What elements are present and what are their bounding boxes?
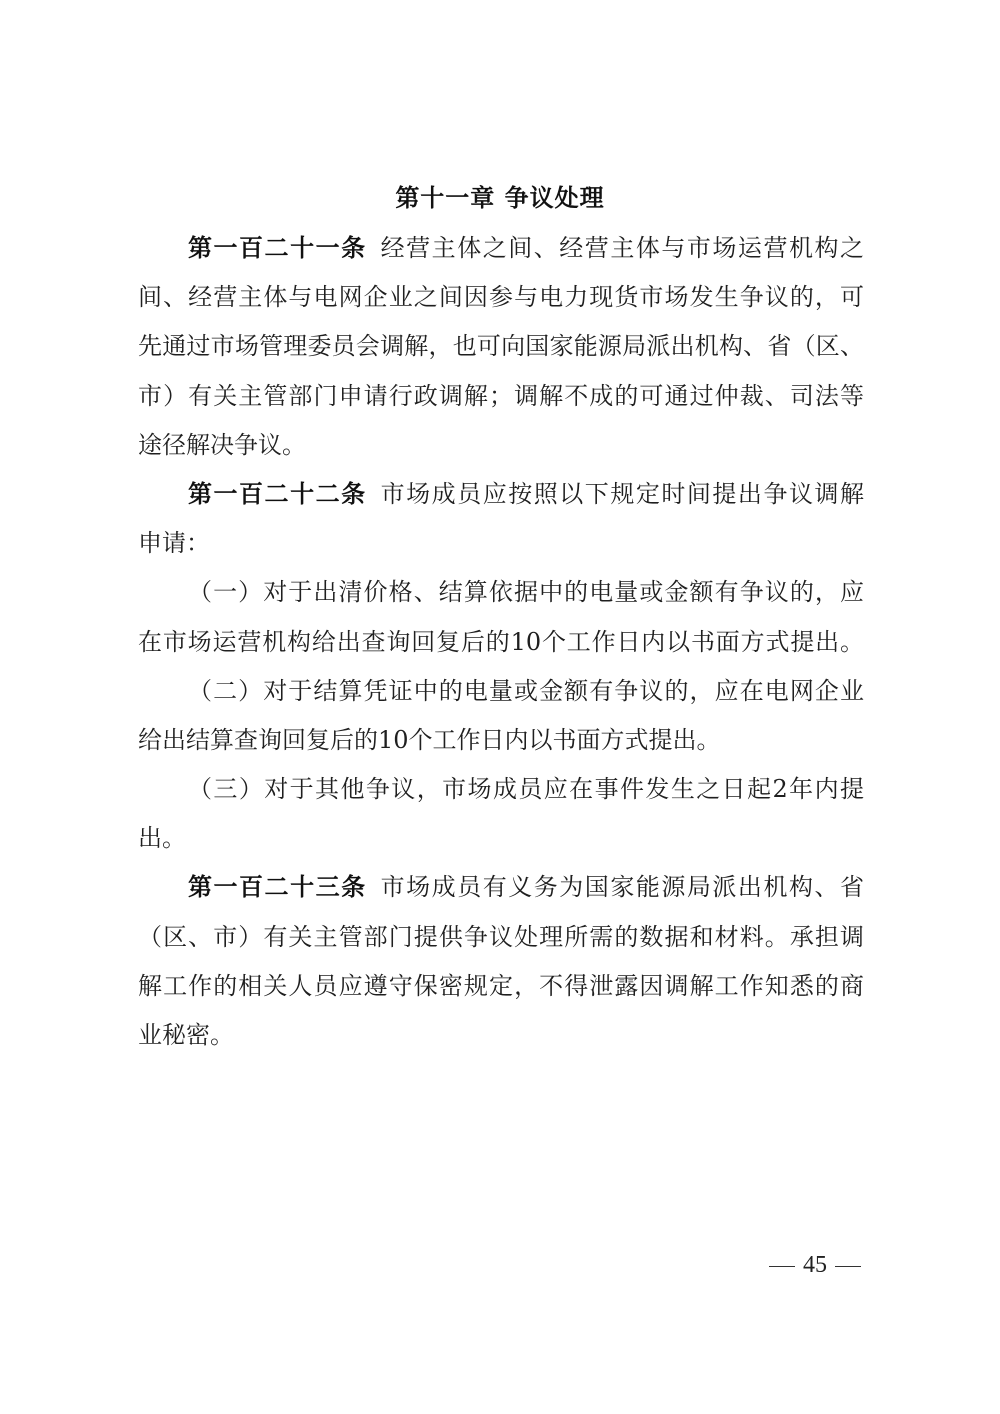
article-text: 经营主体之间、经营主体与市场运营机构之 [381, 234, 864, 262]
clause-line: （二）对于结算凭证中的电量或金额有争议的，应在电网企业 [138, 671, 864, 720]
clause-item-2: （二）对于结算凭证中的电量或金额有争议的，应在电网企业 给出结算查询回复后的10… [138, 671, 864, 769]
page-number: 45 [760, 1252, 870, 1279]
article-text: 市场成员有义务为国家能源局派出机构、省 [381, 873, 864, 901]
article-label: 第一百二十二条 [188, 480, 367, 508]
article-line: 市）有关主管部门申请行政调解；调解不成的可通过仲裁、司法等 [138, 376, 864, 425]
page-number-value: 45 [803, 1252, 827, 1278]
article-line: 解工作的相关人员应遵守保密规定，不得泄露因调解工作知悉的商 [138, 966, 864, 1015]
article-text: 市场成员应按照以下规定时间提出争议调解 [381, 480, 864, 508]
page-number-dash-left [769, 1266, 795, 1267]
page-number-dash-right [835, 1266, 861, 1267]
article-line: 第一百二十三条市场成员有义务为国家能源局派出机构、省 [138, 867, 864, 916]
article-123: 第一百二十三条市场成员有义务为国家能源局派出机构、省 （区、市）有关主管部门提供… [138, 867, 864, 1064]
article-line: 业秘密。 [138, 1015, 864, 1064]
clause-line: （三）对于其他争议，市场成员应在事件发生之日起2年内提 [138, 769, 864, 818]
article-label: 第一百二十三条 [188, 873, 367, 901]
article-line: 第一百二十一条经营主体之间、经营主体与市场运营机构之 [138, 228, 864, 277]
document-page: 第十一章 争议处理 第一百二十一条经营主体之间、经营主体与市场运营机构之 间、经… [0, 0, 1000, 1414]
article-label: 第一百二十一条 [188, 234, 367, 262]
clause-line: 给出结算查询回复后的10个工作日内以书面方式提出。 [138, 720, 864, 769]
article-line: 先通过市场管理委员会调解，也可向国家能源局派出机构、省（区、 [138, 326, 864, 375]
document-body: 第一百二十一条经营主体之间、经营主体与市场运营机构之 间、经营主体与电网企业之间… [138, 228, 864, 1064]
chapter-title: 第十一章 争议处理 [0, 180, 1000, 216]
article-121: 第一百二十一条经营主体之间、经营主体与市场运营机构之 间、经营主体与电网企业之间… [138, 228, 864, 474]
article-line: 间、经营主体与电网企业之间因参与电力现货市场发生争议的，可 [138, 277, 864, 326]
clause-item-1: （一）对于出清价格、结算依据中的电量或金额有争议的，应 在市场运营机构给出查询回… [138, 572, 864, 670]
article-122: 第一百二十二条市场成员应按照以下规定时间提出争议调解 申请： （一）对于出清价格… [138, 474, 864, 868]
clause-line: 在市场运营机构给出查询回复后的10个工作日内以书面方式提出。 [138, 622, 864, 671]
article-line: （区、市）有关主管部门提供争议处理所需的数据和材料。承担调 [138, 917, 864, 966]
article-line: 途径解决争议。 [138, 425, 864, 474]
article-line: 第一百二十二条市场成员应按照以下规定时间提出争议调解 [138, 474, 864, 523]
article-line: 申请： [138, 523, 864, 572]
clause-line: （一）对于出清价格、结算依据中的电量或金额有争议的，应 [138, 572, 864, 621]
clause-item-3: （三）对于其他争议，市场成员应在事件发生之日起2年内提 出。 [138, 769, 864, 867]
clause-line: 出。 [138, 818, 864, 867]
